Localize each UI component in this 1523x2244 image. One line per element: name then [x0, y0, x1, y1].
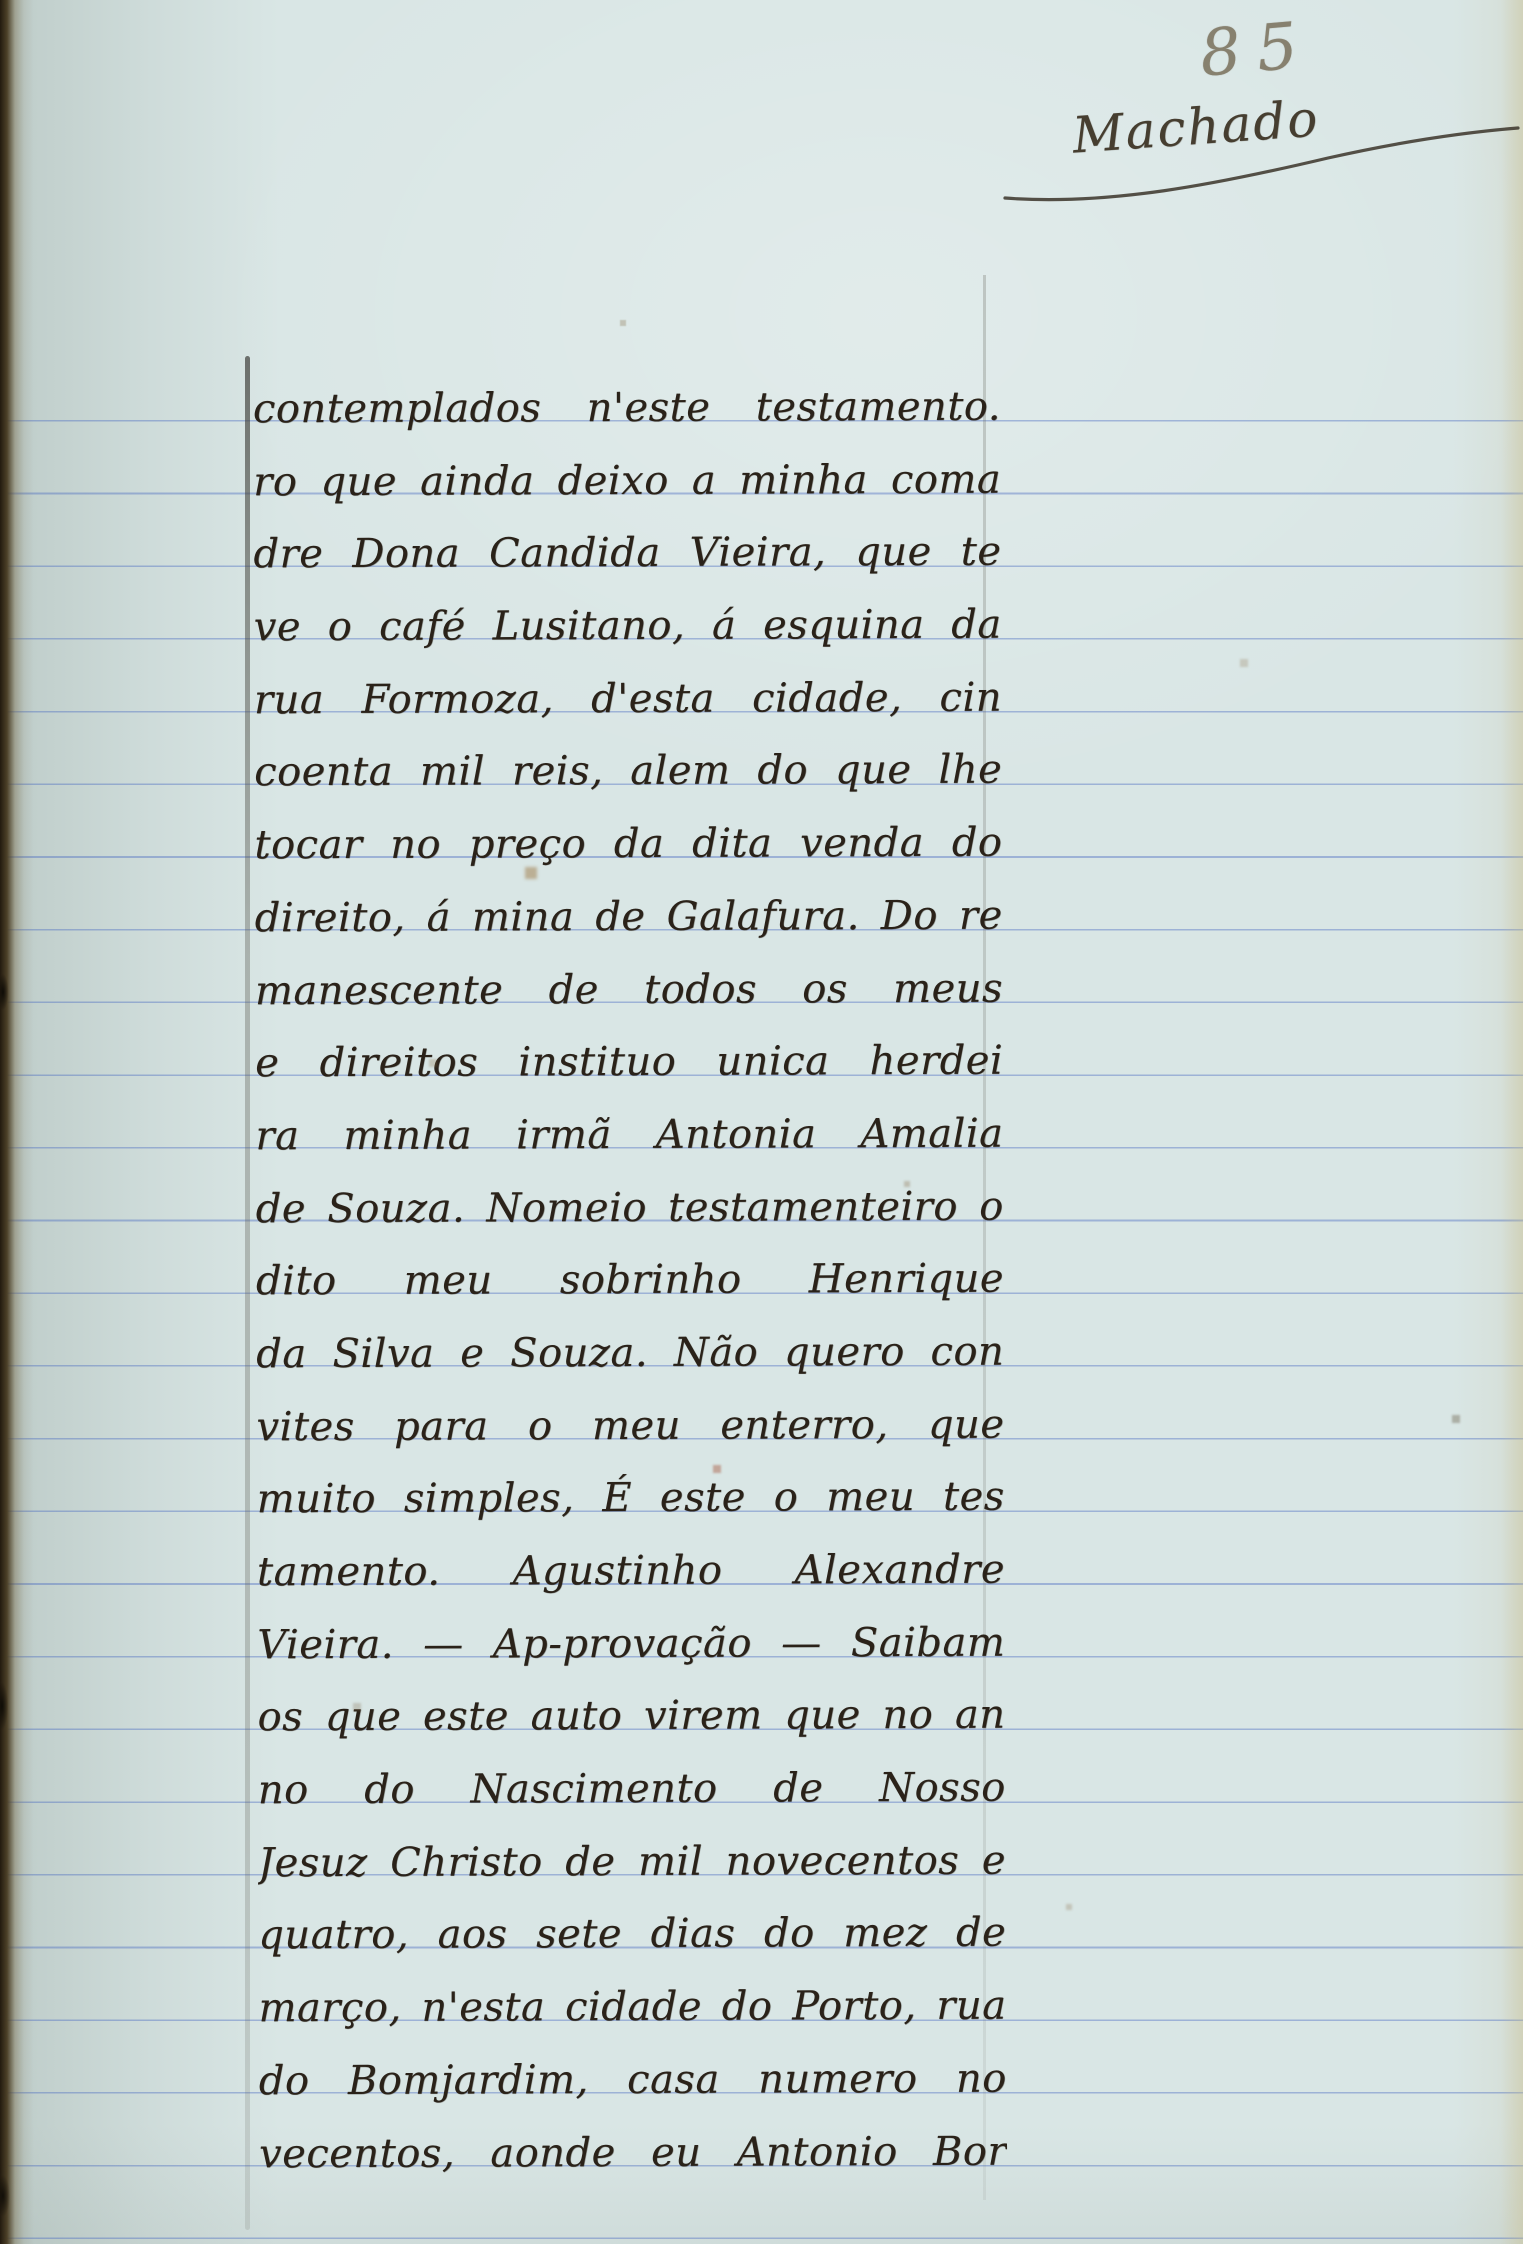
manuscript-line: coenta mil reis, alem do que lhe — [254, 734, 1002, 809]
handwritten-text: contemplados n'este testamento. Declaro … — [253, 371, 1007, 2191]
manuscript-line: direito, á mina de Galafura. Do re — [255, 880, 1003, 955]
manuscript-line: rua Formoza, d'esta cidade, cin — [254, 661, 1002, 736]
folio-number: 85 — [1197, 2, 1383, 91]
manuscript-line: março, n'esta cidade do Porto, rua — [258, 1970, 1006, 2045]
signature-flourish-icon — [988, 100, 1523, 215]
manuscript-line: do Bomjardim, casa numero no — [259, 2043, 1007, 2118]
manuscript-line: tocar no preço da dita venda do meu — [254, 807, 1002, 882]
manuscript-line: da Silva e Souza. Não quero con — [256, 1316, 1004, 1391]
manuscript-line: contemplados n'este testamento. Decla — [253, 371, 1001, 446]
paper-stains — [0, 0, 2, 2]
manuscript-line: tamento. Agustinho Alexandre — [257, 1534, 1005, 1609]
manuscript-page: 85 Machado contemplados n'este testament… — [0, 0, 1523, 2244]
manuscript-line: os que este auto virem que no an — [257, 1679, 1005, 1754]
manuscript-line: Jesuz Christo de mil novecentos e — [258, 1824, 1006, 1899]
manuscript-line: manescente de todos os meus bens — [255, 952, 1003, 1027]
manuscript-line: quatro, aos sete dias do mez de — [258, 1897, 1006, 1972]
manuscript-line: e direitos instituo unica herdei — [255, 1025, 1003, 1100]
manuscript-line: vecentos, aonde eu Antonio Bor — [259, 2115, 1007, 2190]
binding-edge — [0, 0, 34, 2244]
manuscript-line: ro que ainda deixo a minha coma — [253, 443, 1001, 518]
manuscript-line: dre Dona Candida Vieira, que te — [253, 516, 1001, 591]
page-right-edge — [1501, 0, 1523, 2244]
manuscript-line: ve o café Lusitano, á esquina da — [254, 589, 1002, 664]
manuscript-line: de Souza. Nomeio testamenteiro o — [256, 1170, 1004, 1245]
manuscript-line: muito simples, É este o meu tes — [257, 1461, 1005, 1536]
manuscript-line: Vieira. — Ap-provação — Saibam — [257, 1606, 1005, 1681]
left-margin-rule — [245, 356, 250, 2230]
manuscript-line: vites para o meu enterro, que será — [256, 1388, 1004, 1463]
manuscript-line: dito meu sobrinho Henrique Carlos — [256, 1243, 1004, 1318]
manuscript-line: ra minha irmã Antonia Amalia — [255, 1098, 1003, 1173]
manuscript-line: no do Nascimento de Nosso Senhor — [258, 1752, 1006, 1827]
